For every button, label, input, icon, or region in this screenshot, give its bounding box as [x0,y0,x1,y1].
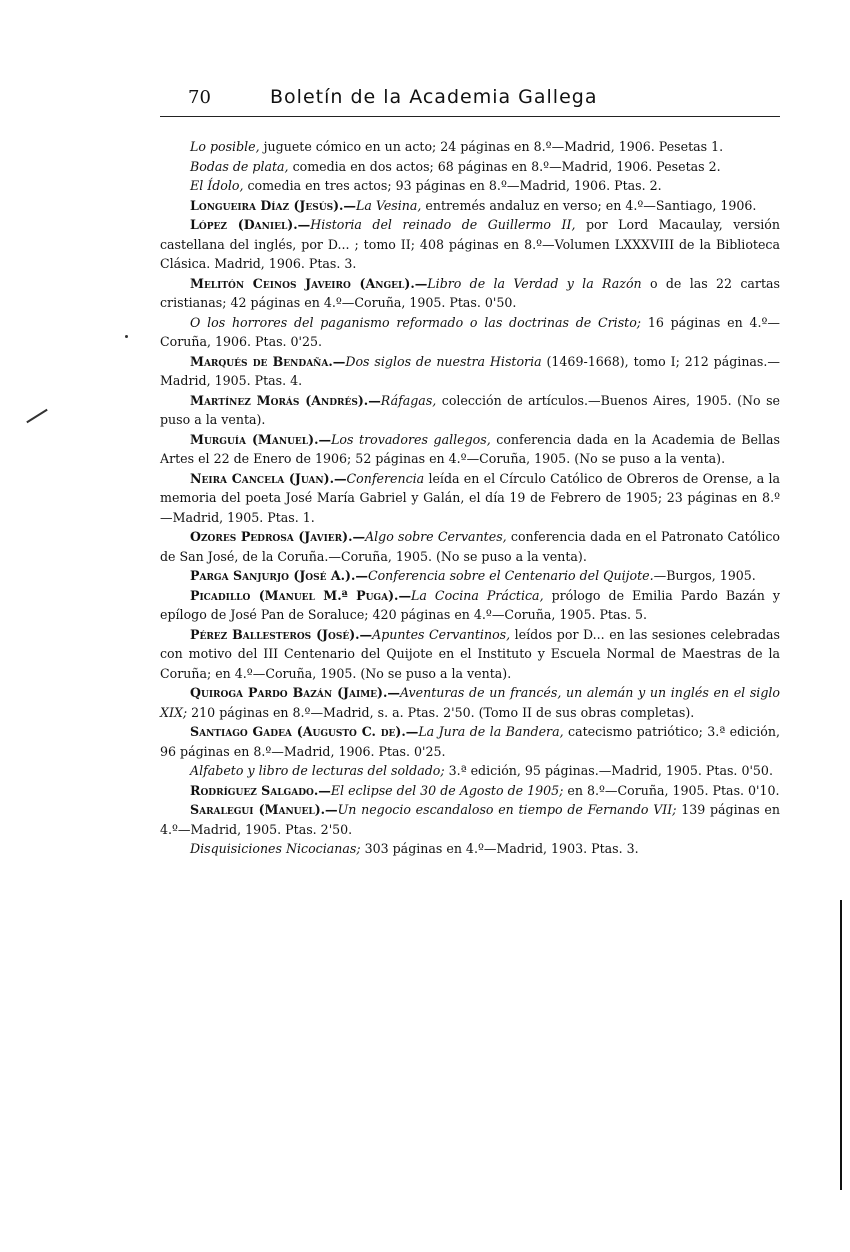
entry-author: Ozores Pedrosa (Javier).— [190,529,365,544]
entry-author: Rodríguez Salgado.— [190,783,331,798]
entry-details: 3.ª edición, 95 páginas.—Madrid, 1905. P… [445,763,773,778]
entry-title: Disquisiciones Nicocianas; [190,841,361,856]
entry-title: Los trovadores gallegos, [331,432,491,447]
bibliography-entry: Melitón Ceinos Javeiro (Angel).—Libro de… [160,274,780,313]
entry-title: El eclipse del 30 de Agosto de 1905; [331,783,564,798]
bibliography-entry: Pérez Ballesteros (José).—Apuntes Cervan… [160,625,780,684]
entry-title: Bodas de plata, [190,159,289,174]
entry-title: Algo sobre Cervantes, [365,529,507,544]
entry-author: Picadillo (Manuel M.ª Puga).— [190,588,411,603]
entry-author: López (Daniel).— [190,217,310,232]
bibliography-entry: O los horrores del paganismo reformado o… [160,313,780,352]
scan-edge-line [840,900,842,1190]
entry-author: Pérez Ballesteros (José).— [190,627,372,642]
entry-author: Martínez Morás (Andrés).— [190,393,381,408]
entry-details: 303 páginas en 4.º—Madrid, 1903. Ptas. 3… [361,841,639,856]
entry-title: Conferencia [347,471,425,486]
entry-title: O los horrores del paganismo reformado o… [190,315,641,330]
document-page: 70 Boletín de la Academia Gallega Lo pos… [160,86,780,859]
entry-details: —Burgos, 1905. [654,568,756,583]
entry-title: La Cocina Práctica, [411,588,544,603]
bibliography-entry: Quiroga Pardo Bazán (Jaime).—Aventuras d… [160,683,780,722]
entry-author: Longueira Díaz (Jesús).— [190,198,356,213]
entry-author: Melitón Ceinos Javeiro (Angel).— [190,276,427,291]
entry-title: Alfabeto y libro de lecturas del soldado… [190,763,445,778]
entry-title: Un negocio escandaloso en tiempo de Fern… [338,802,677,817]
bibliography-list: Lo posible, juguete cómico en un acto; 2… [160,137,780,859]
entry-author: Marqués de Bendaña.— [190,354,345,369]
page-number: 70 [160,87,270,108]
entry-author: Parga Sanjurjo (José A.).— [190,568,368,583]
bibliography-entry: Alfabeto y libro de lecturas del soldado… [160,761,780,781]
entry-author: Quiroga Pardo Bazán (Jaime).— [190,685,400,700]
entry-details: comedia en tres actos; 93 páginas en 8.º… [243,178,661,193]
bibliography-entry: Disquisiciones Nicocianas; 303 páginas e… [160,839,780,859]
bibliography-entry: Santiago Gadea (Augusto C. de).—La Jura … [160,722,780,761]
entry-author: Saralegui (Manuel).— [190,802,338,817]
bibliography-entry: Bodas de plata, comedia en dos actos; 68… [160,157,780,177]
entry-details: en 8.º—Coruña, 1905. Ptas. 0'10. [563,783,779,798]
entry-title: Historia del reinado de Guillermo II, [310,217,575,232]
bibliography-entry: Marqués de Bendaña.—Dos siglos de nuestr… [160,352,780,391]
bibliography-entry: Picadillo (Manuel M.ª Puga).—La Cocina P… [160,586,780,625]
bibliography-entry: El Ídolo, comedia en tres actos; 93 pági… [160,176,780,196]
entry-title: Conferencia sobre el Centenario del Quij… [368,568,654,583]
bibliography-entry: López (Daniel).—Historia del reinado de … [160,215,780,274]
entry-details: 210 páginas en 8.º—Madrid, s. a. Ptas. 2… [187,705,694,720]
margin-pencil-mark [26,409,47,423]
bibliography-entry: Neira Cancela (Juan).—Conferencia leída … [160,469,780,528]
entry-author: Murguía (Manuel).— [190,432,331,447]
bibliography-entry: Murguía (Manuel).—Los trovadores gallego… [160,430,780,469]
entry-details: juguete cómico en un acto; 24 páginas en… [260,139,723,154]
bibliography-entry: Parga Sanjurjo (José A.).—Conferencia so… [160,566,780,586]
entry-author: Santiago Gadea (Augusto C. de).— [190,724,418,739]
entry-title: La Vesina, [356,198,421,213]
entry-title: Apuntes Cervantinos, [372,627,510,642]
bibliography-entry: Lo posible, juguete cómico en un acto; 2… [160,137,780,157]
journal-title: Boletín de la Academia Gallega [270,86,597,108]
entry-title: Libro de la Verdad y la Razón [427,276,641,291]
bibliography-entry: Saralegui (Manuel).—Un negocio escandalo… [160,800,780,839]
entry-details: comedia en dos actos; 68 páginas en 8.º—… [289,159,721,174]
entry-author: Neira Cancela (Juan).— [190,471,347,486]
bibliography-entry: Rodríguez Salgado.—El eclipse del 30 de … [160,781,780,801]
entry-title: Lo posible, [190,139,260,154]
entry-title: La Jura de la Bandera, [418,724,563,739]
entry-title: Ráfagas, [381,393,437,408]
entry-title: Dos siglos de nuestra Historia [345,354,541,369]
margin-speck [125,335,128,338]
bibliography-entry: Ozores Pedrosa (Javier).—Algo sobre Cerv… [160,527,780,566]
running-header: 70 Boletín de la Academia Gallega [160,86,780,117]
entry-title: El Ídolo, [190,178,243,193]
bibliography-entry: Martínez Morás (Andrés).—Ráfagas, colecc… [160,391,780,430]
entry-details: entremés andaluz en verso; en 4.º—Santia… [421,198,756,213]
bibliography-entry: Longueira Díaz (Jesús).—La Vesina, entre… [160,196,780,216]
